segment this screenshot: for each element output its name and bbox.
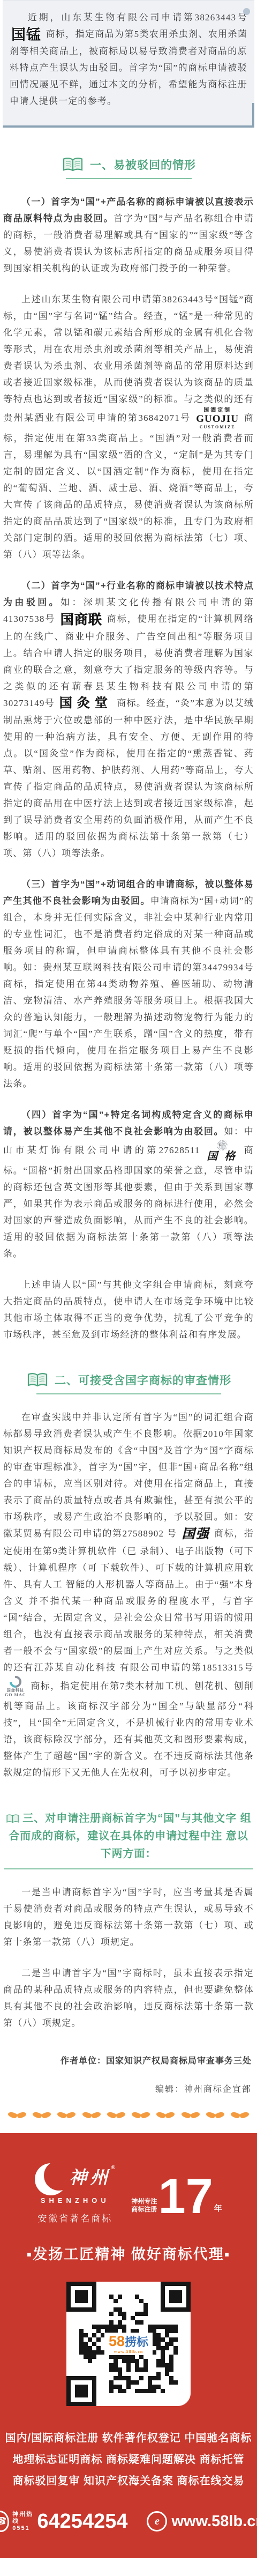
phone-icon: ☎: [0, 2510, 11, 2533]
years-suffix: 年: [214, 2202, 222, 2214]
guojiu-en-label: GUOJIU: [196, 414, 239, 425]
paragraph-advice-2: 二是当申请首字为“国”字商标时，虽未直接表示指定商品的某种品质特点或服务的内容特…: [3, 1965, 254, 2031]
intro-paragraph: 近期，山东某生物有限公司申请第38263443号 国锰 商标，指定商品为第5类农…: [10, 9, 247, 109]
section-underline: [66, 178, 192, 179]
section-underline: [36, 1393, 221, 1394]
hotline-number: 64254254: [37, 2510, 127, 2533]
intro-text-pre: 近期，山东某生物有限公司申请第38263443号: [28, 12, 247, 23]
wing-ornament: [181, 2111, 200, 2122]
qr-logo-58: 58: [109, 2333, 125, 2349]
guojiutang-trademark-image: 国灸堂: [59, 695, 112, 712]
guoge-cn-label: 国 格: [207, 1150, 237, 1162]
website-block: e www.58lb.cn: [147, 2511, 257, 2532]
section-2-title: 二、可接受含国字商标的审查情形: [55, 1372, 231, 1388]
qr-center-logo: 58捞标 www.58lb.cn: [104, 2333, 153, 2355]
years-caption-2: 商标注册: [131, 2206, 157, 2214]
paragraph-acceptable-cases: 在审查实践中并非认定所有首字为“国”的词汇组合商标都易导致消费者误认或产生不良影…: [3, 1409, 254, 1781]
guojiu-text-b: 商标，指定使用在第33类商品上。“国酒”对一般消费者而言，易理解为具有“国家级”…: [3, 413, 254, 560]
guoqiang-trademark-image: 国强: [182, 1526, 209, 1543]
qr-logo-laobiao: 捞标: [125, 2335, 148, 2349]
website-url: www.58lb.cn: [171, 2513, 257, 2530]
case-4-text-b: 商标。“国格”折射出国家品格即国家的荣誉之意，尽管申请的商标还包含英文图形等其他…: [3, 1145, 254, 1259]
acceptable-text-a: 在审查实践中并非认定所有首字为“国”的词汇组合商标都易导致消费者误认或产生不良影…: [3, 1412, 254, 1539]
years-badge: 神州专注 商标注册 17 年: [131, 2178, 222, 2224]
qr-finder-icon: [161, 2282, 191, 2312]
ornament-row: [0, 2111, 257, 2122]
guojiu-text-a: 上述山东某生物有限公司申请第38263443号“国锰”商标，由“国”字与名词“锰…: [3, 294, 254, 423]
open-book-icon: [61, 157, 84, 173]
guojin-swirl-icon: [7, 1673, 24, 1690]
corner-dot-ornament: [243, 8, 250, 15]
section-underline: [4, 1868, 253, 1869]
paragraph-case-2: （二）首字为“国”+行业名称的商标申请被以技术特点为由驳回。如：深圳某文化传播有…: [3, 577, 254, 862]
guojin-cn-label: 国金科技: [5, 1688, 26, 1692]
section-2-heading: 二、可接受含国字商标的审查情形: [0, 1372, 257, 1394]
services-line-2: 地理标志证明商标 商标疑难问题解决 商标托管: [0, 2449, 257, 2470]
years-caption-1: 神州专注: [131, 2198, 157, 2206]
guojiu-customize-trademark-image: 国酒定制 GUOJIU CUSTOMIZE: [196, 407, 239, 430]
intro-text-post: 商标，指定商品为第5类农用杀虫剂、农用杀菌剂等相关商品上，被商标局以易导致消费者…: [10, 29, 247, 106]
wing-ornament: [230, 2111, 250, 2122]
paragraph-section1-summary: 上述申请人以“国”与其他文字组合申请商标，刻意夸大指定商品的品质特点，使申请人在…: [3, 1276, 254, 1343]
brand-honor-label: 安徽省著名商标: [35, 2211, 115, 2224]
paragraph-case-3: （三）首字为“国”+动词组合的申请商标，被以整体易产生其他不良社会影响为由驳回。…: [3, 876, 254, 1092]
brand-name-cn: 神州: [69, 2163, 111, 2193]
hotline-area-code: 0551: [12, 2525, 34, 2532]
case-4-lead: （四）首字为“国”+特定名词构成特定含义的商标申请，被以整体易产生其他不良社会影…: [3, 1110, 254, 1137]
paragraph-case-1: （一）首字为“国”+产品名称的商标申请被以直接表示商品原料特点为由驳回。首字为“…: [3, 194, 254, 277]
hotline-block: ☎ 神州热线 0551 64254254: [0, 2510, 127, 2533]
intro-card: 近期，山东某生物有限公司申请第38263443号 国锰 商标，指定商品为第5类农…: [3, 0, 254, 128]
section-3-title: 三、对申请注册商标首字为“国”与其他文字 组合而成的商标，建议在具体的申请过程中…: [9, 1813, 252, 1860]
open-book-icon: [5, 1814, 19, 1824]
acceptable-text-b: 商标，指定使用在第9类计算机软件（已 录制）、电子出版物（可下载）、计算机程序（…: [3, 1528, 254, 1673]
qr-code: 58捞标 www.58lb.cn: [66, 2282, 191, 2406]
guojin-tech-trademark-image: 国金科技 GO MAC: [5, 1676, 26, 1698]
guoshanglian-trademark-image: 国商联: [61, 612, 102, 628]
guoge-sunburst-icon: GE: [217, 1140, 228, 1150]
qr-logo-url: www.58lb.cn: [109, 2350, 148, 2354]
wing-ornament: [57, 2111, 76, 2122]
services-line-3: 商标驳回复审 知识产权海关备案 商标在线交易: [0, 2470, 257, 2492]
qr-finder-icon: [66, 2282, 96, 2312]
article-page: 近期，山东某生物有限公司申请第38263443号 国锰 商标，指定商品为第5类农…: [0, 0, 257, 2576]
shenzhou-brand-block: 神州 ® SHENZHOU 安徽省著名商标 神州专注 商标注册 17 年: [0, 2163, 257, 2224]
acceptable-text-c: 商标，指定使用在第7类木材加工机、刨花机、刨削机等商品上。该商标汉字部分为“国全…: [3, 1681, 254, 1778]
wing-ornament: [131, 2111, 150, 2122]
guoge-trademark-image: GE 国 格: [207, 1140, 237, 1162]
qr-finder-icon: [66, 2376, 96, 2406]
hotline-label: 神州热线: [12, 2511, 34, 2525]
wing-ornament: [82, 2111, 101, 2122]
section-1-heading: 一、易被驳回的情形: [0, 157, 257, 179]
services-list: 国内/国际商标注册 软件著作权登记 中国驰名商标 地理标志证明商标 商标疑难问题…: [0, 2427, 257, 2492]
years-number: 17: [158, 2178, 213, 2216]
banner-slogan: ▪发扬工匠精神 做好商标代理▪: [0, 2243, 257, 2263]
case-3-body: 申请商标为“国+动词”的组合，本身并无任何实际含义，非社会中某种行业内常用的专业…: [3, 896, 257, 1089]
contact-row: ☎ 神州热线 0551 64254254 e www.58lb.cn: [0, 2510, 257, 2533]
open-book-icon: [26, 1372, 48, 1388]
section-1-title: 一、易被驳回的情形: [90, 157, 196, 173]
wing-ornament: [107, 2111, 126, 2122]
wing-ornament: [206, 2111, 225, 2122]
guojin-en-label: GO MAC: [5, 1692, 26, 1698]
case-2-text-b: 商标，使用在指定的“计算机网络上的在线广、商业中介服务、广告空间出租”等服务项目…: [3, 614, 254, 708]
case-2-text-c: 商标。经查，“灸”本意为以艾绒制品熏烤于穴位或患部的一种中医疗法，是中华民族早期…: [3, 698, 254, 859]
wing-ornament: [32, 2111, 51, 2122]
registered-mark: ®: [111, 2164, 115, 2171]
paragraph-guomeng-guojiu: 上述山东某生物有限公司申请第38263443号“国锰”商标，由“国”字与名词“锰…: [3, 291, 254, 563]
e-globe-icon: e: [147, 2511, 167, 2532]
paragraph-case-4: （四）首字为“国”+特定名词构成特定含义的商标申请，被以整体易产生其他不良社会影…: [3, 1107, 254, 1262]
paragraph-advice-1: 一是当申请商标首字为“国”字时，应当考量其是否属于易使消费者对商品或服务的特点产…: [3, 1884, 254, 1950]
wing-ornament: [7, 2111, 27, 2122]
editor-credit: 编辑：神州商标企宜部: [5, 2082, 252, 2095]
section-3-heading: 三、对申请注册商标首字为“国”与其他文字 组合而成的商标，建议在具体的申请过程中…: [0, 1810, 257, 1869]
brand-name-en: SHENZHOU: [35, 2196, 115, 2204]
guomeng-trademark-image: 国锰: [11, 27, 41, 43]
agency-ad-banner: 神州 ® SHENZHOU 安徽省著名商标 神州专注 商标注册 17 年 ▪发扬…: [0, 2133, 257, 2558]
crescent-moon-logo-icon: [35, 2163, 67, 2195]
author-unit: 作者单位：国家知识产权局商标局审查事务三处: [5, 2054, 252, 2066]
guojiu-sub-label: CUSTOMIZE: [196, 425, 239, 430]
services-line-1: 国内/国际商标注册 软件著作权登记 中国驰名商标: [0, 2427, 257, 2449]
wing-ornament: [156, 2111, 175, 2122]
